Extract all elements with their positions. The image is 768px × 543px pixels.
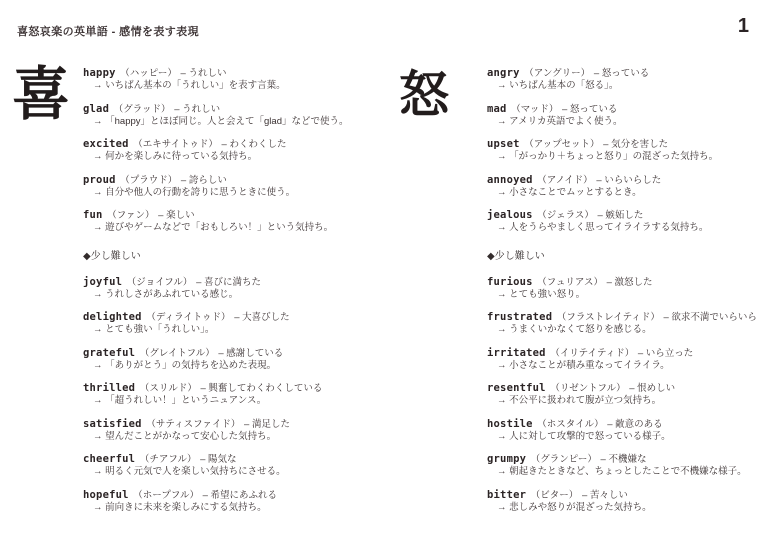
english-word: angry <box>487 67 520 79</box>
entry-explanation: → 小さなことが積み重なってイライラ。 <box>487 360 765 373</box>
anger-kanji-heading: 怒 <box>399 70 449 120</box>
vocab-entry: proud （プラウド） – 誇らしい → 自分や他人の行動を誇りに思うときに使… <box>83 174 383 200</box>
japanese-meaning: – うれしい <box>181 68 227 79</box>
entry-headline: proud （プラウド） – 誇らしい <box>83 174 383 187</box>
joy-advanced-list: joyful （ジョイフル） – 喜びに満ちた → うれしさがあふれている感じ。… <box>83 276 383 515</box>
entry-headline: satisfied （サティスファイド） – 満足した <box>83 418 383 431</box>
page-title: 喜怒哀楽の英単語 - 感情を表す表現 <box>17 23 199 39</box>
joy-difficulty-divider: ◆少し難しい <box>83 250 383 263</box>
japanese-meaning: – 苦々しい <box>582 490 628 501</box>
vocab-entry: angry （アングリー） – 怒っている → いちばん基本の「怒る」。 <box>487 67 765 93</box>
entry-explanation: → 望んだことがかなって安心した気持ち。 <box>83 431 383 444</box>
japanese-meaning: – うれしい <box>174 104 220 115</box>
entry-headline: cheerful （チアフル） – 陽気な <box>83 453 383 466</box>
vocab-entry: glad （グラッド） – うれしい → 「happy」とほぼ同じ。人と会えて「… <box>83 103 383 129</box>
english-word: proud <box>83 174 116 186</box>
english-word: grateful <box>83 347 135 359</box>
japanese-meaning: – 楽しい <box>158 210 194 221</box>
entry-explanation: → とても強い「うれしい」。 <box>83 324 383 337</box>
entry-explanation: → いちばん基本の「うれしい」を表す言葉。 <box>83 80 383 93</box>
vocab-entry: grateful （グレイトフル） – 感謝している → 「ありがとう」の気持ち… <box>83 347 383 373</box>
japanese-meaning: – 満足した <box>244 419 290 430</box>
entry-explanation: → とても強い怒り。 <box>487 289 765 302</box>
japanese-meaning: – いら立った <box>638 348 693 359</box>
vocab-entry: hopeful （ホープフル） – 希望にあふれる → 前向きに未来を楽しみにす… <box>83 489 383 515</box>
katakana-reading: （リゼントフル） <box>550 383 625 394</box>
entry-headline: upset （アップセット） – 気分を害した <box>487 138 765 151</box>
english-word: fun <box>83 209 103 221</box>
entry-explanation: → 「happy」とほぼ同じ。人と会えて「glad」などで使う。 <box>83 116 383 129</box>
entry-explanation: → 小さなことでムッとするとき。 <box>487 187 765 200</box>
english-word: furious <box>487 276 533 288</box>
anger-column: angry （アングリー） – 怒っている → いちばん基本の「怒る」。 mad… <box>487 67 765 524</box>
entry-explanation: → 不公平に扱われて腹が立つ気持ち。 <box>487 395 765 408</box>
vocab-entry: irritated （イリテイティド） – いら立った → 小さなことが積み重な… <box>487 347 765 373</box>
english-word: hostile <box>487 418 533 430</box>
katakana-reading: （アップセット） <box>524 139 599 150</box>
japanese-meaning: – 喜びに満ちた <box>196 277 261 288</box>
entry-explanation: → アメリカ英語でよく使う。 <box>487 116 765 129</box>
entry-headline: joyful （ジョイフル） – 喜びに満ちた <box>83 276 383 289</box>
katakana-reading: （チアフル） <box>140 454 197 465</box>
english-word: grumpy <box>487 453 526 465</box>
entry-headline: excited （エキサイトゥド） – わくわくした <box>83 138 383 151</box>
english-word: frustrated <box>487 311 552 323</box>
english-word: delighted <box>83 311 142 323</box>
katakana-reading: （スリルド） <box>140 383 197 394</box>
japanese-meaning: – 嫉妬した <box>597 210 643 221</box>
entry-headline: furious （フュリアス） – 激怒した <box>487 276 765 289</box>
katakana-reading: （フラストレイティド） <box>557 312 660 323</box>
entry-explanation: → 人に対して攻撃的で怒っている様子。 <box>487 431 765 444</box>
vocab-entry: joyful （ジョイフル） – 喜びに満ちた → うれしさがあふれている感じ。 <box>83 276 383 302</box>
entry-headline: grateful （グレイトフル） – 感謝している <box>83 347 383 360</box>
english-word: hopeful <box>83 489 129 501</box>
vocab-entry: fun （ファン） – 楽しい → 遊びやゲームなどで「おもしろい！」という気持… <box>83 209 383 235</box>
entry-explanation: → 人をうらやましく思ってイライラする気持ち。 <box>487 222 765 235</box>
japanese-meaning: – 怒っている <box>562 104 617 115</box>
japanese-meaning: – 激怒した <box>607 277 653 288</box>
vocabulary-sheet-page: 喜怒哀楽の英単語 - 感情を表す表現 1 喜 怒 happy （ハッピー） – … <box>0 0 768 543</box>
entry-headline: irritated （イリテイティド） – いら立った <box>487 347 765 360</box>
english-word: jealous <box>487 209 533 221</box>
japanese-meaning: – 恨めしい <box>629 383 675 394</box>
japanese-meaning: – 陽気な <box>200 454 236 465</box>
entry-headline: fun （ファン） – 楽しい <box>83 209 383 222</box>
katakana-reading: （ホスタイル） <box>537 419 603 430</box>
entry-headline: resentful （リゼントフル） – 恨めしい <box>487 382 765 395</box>
japanese-meaning: – いらいらした <box>596 175 661 186</box>
katakana-reading: （サティスファイド） <box>146 419 240 430</box>
katakana-reading: （マッド） <box>511 104 558 115</box>
katakana-reading: （フュリアス） <box>537 277 603 288</box>
japanese-meaning: – 興奮してわくわくしている <box>200 383 322 394</box>
english-word: upset <box>487 138 520 150</box>
english-word: mad <box>487 103 507 115</box>
japanese-meaning: – 敵意のある <box>607 419 662 430</box>
entry-headline: delighted （ディライトゥド） – 大喜びした <box>83 311 383 324</box>
entry-explanation: → いちばん基本の「怒る」。 <box>487 80 765 93</box>
entry-explanation: → 「ありがとう」の気持ちを込めた表現。 <box>83 360 383 373</box>
japanese-meaning: – 感謝している <box>218 348 283 359</box>
entry-explanation: → うれしさがあふれている感じ。 <box>83 289 383 302</box>
japanese-meaning: – わくわくした <box>222 139 287 150</box>
entry-explanation: → うまくいかなくて怒りを感じる。 <box>487 324 765 337</box>
joy-basic-list: happy （ハッピー） – うれしい → いちばん基本の「うれしい」を表す言葉… <box>83 67 383 235</box>
entry-headline: glad （グラッド） – うれしい <box>83 103 383 116</box>
anger-basic-list: angry （アングリー） – 怒っている → いちばん基本の「怒る」。 mad… <box>487 67 765 235</box>
english-word: happy <box>83 67 116 79</box>
page-number: 1 <box>738 15 749 38</box>
japanese-meaning: – 不機嫌な <box>601 454 647 465</box>
vocab-entry: grumpy （グランピー） – 不機嫌な → 朝起きたときなど、ちょっとしたこ… <box>487 453 765 479</box>
vocab-entry: resentful （リゼントフル） – 恨めしい → 不公平に扱われて腹が立つ… <box>487 382 765 408</box>
katakana-reading: （ディライトゥド） <box>146 312 230 323</box>
entry-headline: mad （マッド） – 怒っている <box>487 103 765 116</box>
entry-headline: happy （ハッピー） – うれしい <box>83 67 383 80</box>
katakana-reading: （ジェラス） <box>537 210 594 221</box>
entry-headline: hopeful （ホープフル） – 希望にあふれる <box>83 489 383 502</box>
anger-difficulty-divider: ◆少し難しい <box>487 250 765 263</box>
vocab-entry: excited （エキサイトゥド） – わくわくした → 何かを楽しみに待ってい… <box>83 138 383 164</box>
entry-headline: thrilled （スリルド） – 興奮してわくわくしている <box>83 382 383 395</box>
japanese-meaning: – 怒っている <box>594 68 649 79</box>
english-word: glad <box>83 103 109 115</box>
english-word: irritated <box>487 347 546 359</box>
english-word: annoyed <box>487 174 533 186</box>
katakana-reading: （ビター） <box>531 490 579 501</box>
japanese-meaning: – 希望にあふれる <box>203 490 277 501</box>
entry-headline: jealous （ジェラス） – 嫉妬した <box>487 209 765 222</box>
entry-explanation: → 朝起きたときなど、ちょっとしたことで不機嫌な様子。 <box>487 466 765 479</box>
katakana-reading: （アノイド） <box>537 175 592 186</box>
entry-explanation: → 自分や他人の行動を誇りに思うときに使う。 <box>83 187 383 200</box>
english-word: resentful <box>487 382 546 394</box>
katakana-reading: （ファン） <box>107 210 154 221</box>
japanese-meaning: – 大喜びした <box>234 312 289 323</box>
vocab-entry: upset （アップセット） – 気分を害した → 「がっかり＋ちょっと怒り」の… <box>487 138 765 164</box>
katakana-reading: （グランピー） <box>531 454 597 465</box>
katakana-reading: （プラウド） <box>120 175 177 186</box>
entry-headline: angry （アングリー） – 怒っている <box>487 67 765 80</box>
vocab-entry: happy （ハッピー） – うれしい → いちばん基本の「うれしい」を表す言葉… <box>83 67 383 93</box>
joy-kanji-heading: 喜 <box>12 66 70 124</box>
entry-explanation: → 何かを楽しみに待っている気持ち。 <box>83 151 383 164</box>
katakana-reading: （イリテイティド） <box>550 348 634 359</box>
katakana-reading: （ジョイフル） <box>127 277 193 288</box>
english-word: joyful <box>83 276 122 288</box>
vocab-entry: satisfied （サティスファイド） – 満足した → 望んだことがかなって… <box>83 418 383 444</box>
katakana-reading: （エキサイトゥド） <box>133 139 218 150</box>
anger-advanced-list: furious （フュリアス） – 激怒した → とても強い怒り。 frustr… <box>487 276 765 515</box>
katakana-reading: （グラッド） <box>114 104 171 115</box>
joy-column: happy （ハッピー） – うれしい → いちばん基本の「うれしい」を表す言葉… <box>83 67 383 524</box>
japanese-meaning: – 誇らしい <box>181 175 227 186</box>
entry-headline: frustrated （フラストレイティド） – 欲求不満でいらいら <box>487 311 765 324</box>
vocab-entry: thrilled （スリルド） – 興奮してわくわくしている → 「超うれしい！… <box>83 382 383 408</box>
vocab-entry: bitter （ビター） – 苦々しい → 悲しみや怒りが混ざった気持ち。 <box>487 489 765 515</box>
entry-explanation: → 遊びやゲームなどで「おもしろい！」という気持ち。 <box>83 222 383 235</box>
entry-headline: hostile （ホスタイル） – 敵意のある <box>487 418 765 431</box>
english-word: cheerful <box>83 453 135 465</box>
japanese-meaning: – 気分を害した <box>603 139 668 150</box>
katakana-reading: （グレイトフル） <box>140 348 215 359</box>
entry-explanation: → 前向きに未来を楽しみにする気持ち。 <box>83 502 383 515</box>
english-word: excited <box>83 138 129 150</box>
entry-explanation: → 明るく元気で人を楽しい気持ちにさせる。 <box>83 466 383 479</box>
english-word: thrilled <box>83 382 135 394</box>
vocab-entry: frustrated （フラストレイティド） – 欲求不満でいらいら → うまく… <box>487 311 765 337</box>
vocab-entry: cheerful （チアフル） – 陽気な → 明るく元気で人を楽しい気持ちにさ… <box>83 453 383 479</box>
entry-explanation: → 「がっかり＋ちょっと怒り」の混ざった気持ち。 <box>487 151 765 164</box>
vocab-entry: jealous （ジェラス） – 嫉妬した → 人をうらやましく思ってイライラす… <box>487 209 765 235</box>
english-word: bitter <box>487 489 526 501</box>
vocab-entry: delighted （ディライトゥド） – 大喜びした → とても強い「うれしい… <box>83 311 383 337</box>
english-word: satisfied <box>83 418 142 430</box>
entry-headline: bitter （ビター） – 苦々しい <box>487 489 765 502</box>
vocab-entry: hostile （ホスタイル） – 敵意のある → 人に対して攻撃的で怒っている… <box>487 418 765 444</box>
entry-headline: annoyed （アノイド） – いらいらした <box>487 174 765 187</box>
entry-explanation: → 「超うれしい！」というニュアンス。 <box>83 395 383 408</box>
entry-explanation: → 悲しみや怒りが混ざった気持ち。 <box>487 502 765 515</box>
vocab-entry: furious （フュリアス） – 激怒した → とても強い怒り。 <box>487 276 765 302</box>
entry-headline: grumpy （グランピー） – 不機嫌な <box>487 453 765 466</box>
japanese-meaning: – 欲求不満でいらいら <box>663 312 756 323</box>
katakana-reading: （ホープフル） <box>133 490 199 501</box>
vocab-entry: annoyed （アノイド） – いらいらした → 小さなことでムッとするとき。 <box>487 174 765 200</box>
katakana-reading: （アングリー） <box>524 68 590 79</box>
vocab-entry: mad （マッド） – 怒っている → アメリカ英語でよく使う。 <box>487 103 765 129</box>
katakana-reading: （ハッピー） <box>120 68 177 79</box>
